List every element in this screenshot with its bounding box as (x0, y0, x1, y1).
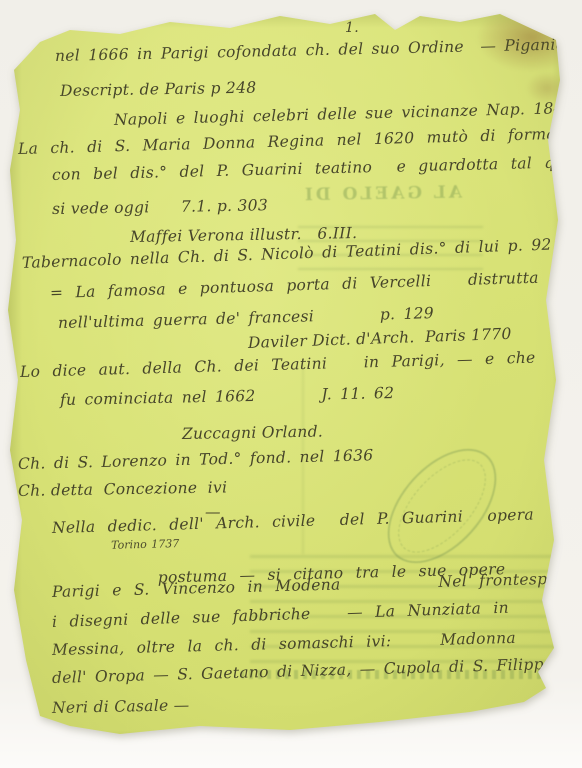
manuscript-paper: AL GAELO DI 1. nel 1666 in Parigi cofond… (6, 14, 568, 750)
manuscript-line: La ch. di S. Maria Donna Regina nel 1620… (18, 125, 556, 158)
manuscript-line: con bel dis.° del P. Guarini teatino e g… (52, 153, 582, 184)
manuscript-line: Ch. detta Concezione ivi (18, 478, 228, 500)
manuscript-line: Descript. de Paris p 248 (60, 79, 257, 100)
page-number: 1. (345, 20, 359, 36)
manuscript-line: Neri di Casale — (52, 696, 190, 717)
scanned-page-background: AL GAELO DI 1. nel 1666 in Parigi cofond… (0, 0, 582, 768)
manuscript-line: Zuccagni Orland. (182, 423, 323, 443)
interline-insertion: Torino 1737 (111, 537, 179, 552)
manuscript-line: Napoli e luoghi celebri delle sue vicina… (114, 98, 582, 129)
manuscript-line: Daviler Dict. d'Arch. Paris 1770 (248, 325, 512, 352)
manuscript-line: = La famosa e pontuosa porta di Vercelli… (50, 269, 539, 302)
manuscript-line: nell'ultima guerra de' francesi p. 129 (58, 304, 434, 332)
manuscript-line: si vede oggi 7.1. p. 303 (52, 196, 268, 218)
manuscript-line: Ch. di S. Lorenzo in Tod.° fond. nel 163… (18, 446, 374, 473)
manuscript-line: nel 1666 in Parigi cofondata ch. del suo… (55, 35, 571, 65)
bleedthrough-print-title: AL GAELO DI (292, 183, 462, 206)
paper-shadow-wrap: AL GAELO DI 1. nel 1666 in Parigi cofond… (0, 0, 582, 768)
manuscript-line: fu cominciata nel 1662 J. 11. 62 (60, 384, 395, 409)
manuscript-line: Lo dice aut. della Ch. dei Teatini in Pa… (20, 349, 536, 381)
